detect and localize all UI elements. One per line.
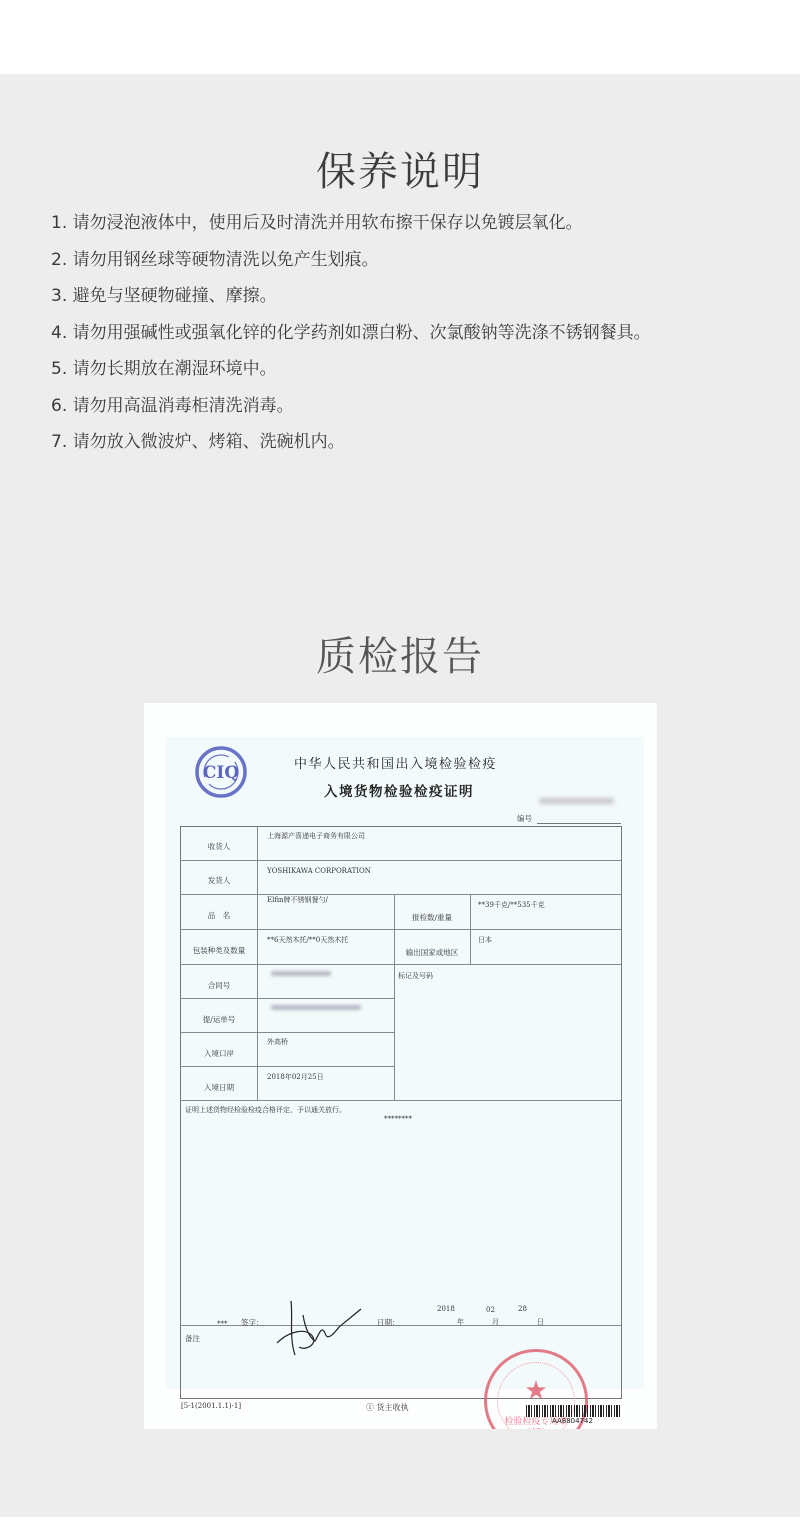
redacted-contract-number: [271, 971, 331, 976]
care-item: 6. 请勿用高温消毒柜清洗消毒。: [51, 394, 651, 431]
col-divider: [257, 827, 258, 1101]
origin-value: 日本: [478, 935, 492, 945]
port-value: 外高桥: [267, 1037, 288, 1047]
consignor-value: YOSHIKAWA CORPORATION: [267, 867, 371, 875]
statement-stars: ********: [384, 1115, 412, 1123]
care-instructions-title: 保养说明: [0, 140, 800, 197]
year-char: 年: [457, 1317, 464, 1327]
date-label: 入境日期: [181, 1082, 257, 1093]
date-sign-label: 日期：: [377, 1317, 400, 1328]
form-code: [5-1(2001.1.1)·1]: [181, 1402, 241, 1410]
sign-day: 28: [518, 1305, 527, 1313]
port-label: 入境口岸: [181, 1048, 257, 1059]
certificate-authority: 中华人民共和国出入境检验检疫: [294, 753, 497, 772]
care-item: 5. 请勿长期放在潮湿环境中。: [51, 357, 651, 394]
care-instructions-list: 1. 请勿浸泡液体中，使用后及时清洗并用软布擦干保存以免镀层氧化。 2. 请勿用…: [51, 211, 651, 467]
packing-value: **6天然木托/**0天然木托: [267, 935, 348, 945]
ciq-logo-icon: CIQ: [194, 745, 248, 799]
care-item: 7. 请勿放入微波炉、烤箱、洗碗机内。: [51, 430, 651, 467]
product-value: Elfin牌不锈钢餐勺/: [267, 895, 328, 905]
quantity-value: **39千克/**535千克: [478, 900, 545, 910]
certificate-form: 收货人 上海源产喜递电子商务有限公司 发货人 YOSHIKAWA CORPORA…: [180, 826, 622, 1399]
signature-icon: [269, 1297, 365, 1359]
remarks-stars: ***: [217, 1320, 228, 1328]
remarks-label: 备注: [185, 1333, 200, 1344]
clearance-statement: 证明上述货物经检验检疫合格评定，予以通关放行。: [185, 1105, 346, 1115]
bottom-spacer: [0, 1517, 800, 1531]
barcode-number: AA8804742: [552, 1417, 593, 1425]
sign-year: 2018: [437, 1305, 455, 1313]
barcode-icon: [526, 1405, 620, 1417]
consignor-label: 发货人: [181, 875, 257, 886]
inspection-certificate-image: CIQ 中华人民共和国出入境检验检疫 入境货物检验检疫证明 编号 收货人 上海源…: [144, 703, 657, 1429]
sign-month: 02: [486, 1306, 495, 1314]
quantity-label: 报检数/重量: [394, 912, 470, 923]
packing-label: 包装种类及数量: [181, 945, 257, 956]
top-spacer: [0, 0, 800, 74]
col-divider: [470, 895, 471, 965]
consignee-value: 上海源产喜递电子商务有限公司: [267, 831, 365, 841]
quality-report-title: 质检报告: [0, 625, 800, 682]
product-detail-page: 保养说明 1. 请勿浸泡液体中，使用后及时清洗并用软布擦干保存以免镀层氧化。 2…: [0, 0, 800, 1531]
bill-label: 提/运单号: [181, 1014, 257, 1025]
svg-text:CIQ: CIQ: [203, 763, 239, 783]
date-value: 2018年02月25日: [267, 1072, 324, 1082]
redacted-serial: [539, 798, 614, 804]
seal-star-icon: ★: [487, 1376, 585, 1406]
number-label: 编号: [517, 813, 532, 824]
care-item: 3. 避免与坚硬物碰撞、摩擦。: [51, 284, 651, 321]
redacted-bill-number: [271, 1005, 361, 1010]
contract-label: 合同号: [181, 980, 257, 991]
col-divider: [394, 895, 395, 1101]
care-item: 2. 请勿用钢丝球等硬物清洗以免产生划痕。: [51, 248, 651, 285]
signature-label: 签字：: [241, 1317, 264, 1328]
certificate-title: 入境货物检验检疫证明: [324, 780, 474, 800]
origin-label: 输出国家或地区: [394, 947, 470, 958]
number-line: [537, 823, 621, 824]
product-label: 品 名: [181, 910, 257, 921]
day-char: 日: [537, 1317, 544, 1327]
care-item: 4. 请勿用强碱性或强氧化锌的化学药剂如漂白粉、次氯酸钠等洗涤不锈钢餐具。: [51, 321, 651, 358]
care-item: 1. 请勿浸泡液体中，使用后及时清洗并用软布擦干保存以免镀层氧化。: [51, 211, 651, 248]
copy-label: ① 货主收执: [366, 1402, 409, 1413]
marks-label: 标记及号码: [398, 971, 433, 981]
seal-number: (42): [487, 1428, 585, 1429]
month-char: 月: [492, 1317, 499, 1327]
consignee-label: 收货人: [181, 841, 257, 852]
